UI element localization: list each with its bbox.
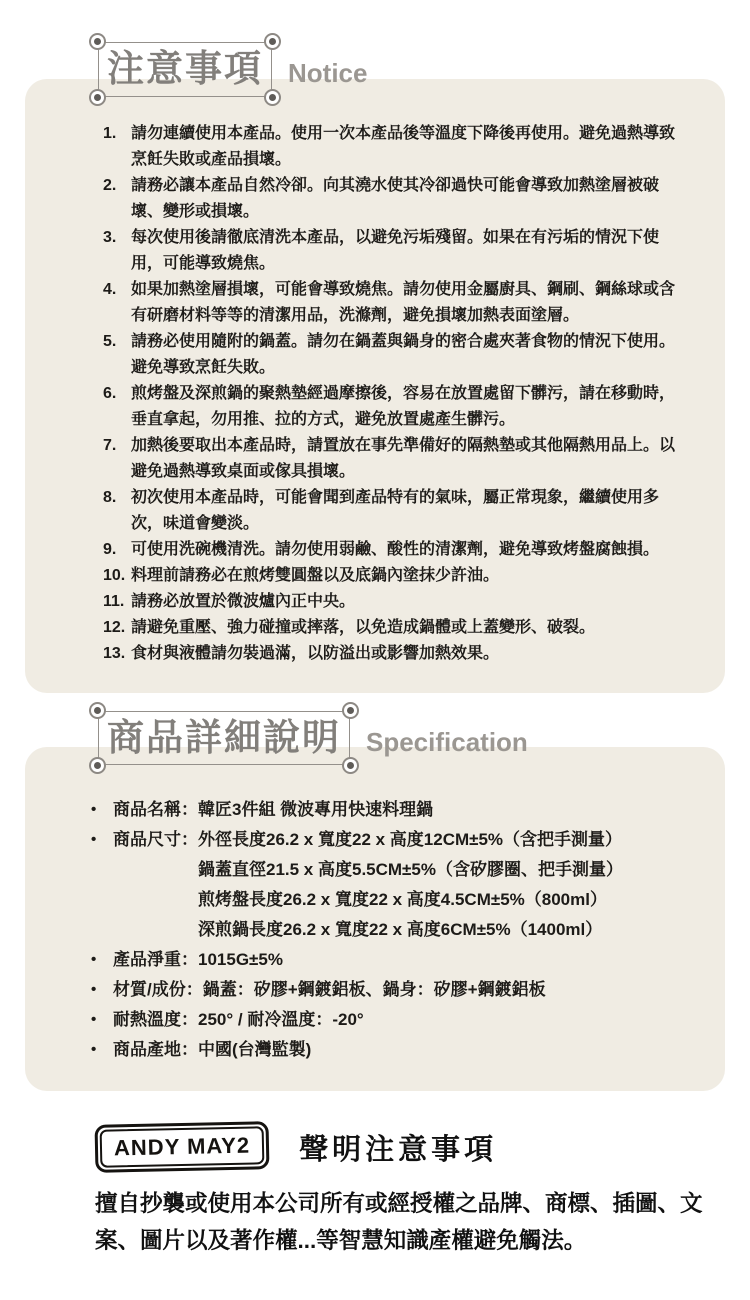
bullet-icon: •: [91, 795, 113, 825]
spec-list-item: • 產品淨重： 1015G±5%: [91, 945, 687, 975]
bullet-icon: •: [91, 825, 113, 945]
notice-item-text: 如果加熱塗層損壞，可能會導致燒焦。請勿使用金屬廚具、鋼刷、鋼絲球或含有研磨材料等…: [131, 277, 681, 329]
notice-item-number: 9.: [103, 537, 131, 563]
notice-item-number: 3.: [103, 225, 131, 277]
spec-item-values: 中國(台灣監製): [198, 1035, 687, 1065]
corner-pin-icon: [342, 702, 359, 719]
notice-card: 1. 請勿連續使用本產品。使用一次本產品後等溫度下降後再使用。避免過熱導致烹飪失…: [25, 79, 725, 693]
spec-item-label: 商品名稱：: [113, 795, 198, 825]
spec-list-item: • 商品產地： 中國(台灣監製): [91, 1035, 687, 1065]
spec-item-body: 耐熱溫度： 250° / 耐冷溫度：-20°: [113, 1005, 687, 1035]
corner-pin-icon: [264, 33, 281, 50]
notice-list-item: 10. 料理前請務必在煎烤雙圓盤以及底鍋內塗抹少許油。: [103, 563, 681, 589]
notice-item-text: 初次使用本產品時，可能會聞到產品特有的氣味，屬正常現象，繼續使用多次，味道會變淡…: [131, 485, 681, 537]
notice-list-item: 8. 初次使用本產品時，可能會聞到產品特有的氣味，屬正常現象，繼續使用多次，味道…: [103, 485, 681, 537]
spec-item-value-line: 煎烤盤長度26.2 x 寬度22 x 高度4.5CM±5%（800ml）: [198, 885, 687, 915]
brand-statement-row: ANDY MAY2 聲明注意事項: [95, 1123, 750, 1171]
statement-title: 聲明注意事項: [299, 1127, 497, 1168]
spec-item-value-line: 外徑長度26.2 x 寬度22 x 高度12CM±5%（含把手測量）: [198, 825, 687, 855]
notice-list-item: 9. 可使用洗碗機清洗。請勿使用弱鹼、酸性的清潔劑，避免導致烤盤腐蝕損。: [103, 537, 681, 563]
notice-item-number: 2.: [103, 173, 131, 225]
notice-item-number: 12.: [103, 615, 131, 641]
notice-item-number: 1.: [103, 121, 131, 173]
spec-item-value-line: 中國(台灣監製): [198, 1035, 687, 1065]
spec-item-value-line: 鍋蓋直徑21.5 x 高度5.5CM±5%（含矽膠圈、把手測量）: [198, 855, 687, 885]
notice-list-item: 5. 請務必使用隨附的鍋蓋。請勿在鍋蓋與鍋身的密合處夾著食物的情況下使用。避免導…: [103, 329, 681, 381]
corner-pin-icon: [89, 89, 106, 106]
spec-list: • 商品名稱： 韓匠3件組 微波專用快速料理鍋 • 商品尺寸：: [91, 795, 687, 1065]
spec-section-header: 商品詳細說明 Specification: [98, 711, 750, 766]
spec-list-item: • 耐熱溫度： 250° / 耐冷溫度：-20°: [91, 1005, 687, 1035]
notice-item-number: 11.: [103, 589, 131, 615]
spec-item-label: 商品尺寸：: [113, 825, 198, 855]
brand-logo: ANDY MAY2: [95, 1122, 270, 1174]
bullet-icon: •: [91, 1035, 113, 1065]
notice-item-text: 請勿連續使用本產品。使用一次本產品後等溫度下降後再使用。避免過熱導致烹飪失敗或產…: [131, 121, 681, 173]
notice-item-text: 請務必使用隨附的鍋蓋。請勿在鍋蓋與鍋身的密合處夾著食物的情況下使用。避免導致烹飪…: [131, 329, 681, 381]
notice-list-item: 11. 請務必放置於微波爐內正中央。: [103, 589, 681, 615]
notice-list: 1. 請勿連續使用本產品。使用一次本產品後等溫度下降後再使用。避免過熱導致烹飪失…: [103, 121, 681, 667]
spec-item-value-line: 鍋蓋：矽膠+鋼鍍鋁板、鍋身：矽膠+鋼鍍鋁板: [203, 975, 687, 1005]
notice-item-text: 料理前請務必在煎烤雙圓盤以及底鍋內塗抹少許油。: [131, 563, 681, 589]
notice-item-number: 5.: [103, 329, 131, 381]
notice-list-item: 3. 每次使用後請徹底清洗本產品，以避免污垢殘留。如果在有污垢的情況下使用，可能…: [103, 225, 681, 277]
notice-title-box: 注意事項: [98, 42, 272, 97]
spec-section-title: 商品詳細說明: [107, 718, 341, 759]
notice-section-title: 注意事項: [107, 49, 263, 90]
disclaimer-text: 擅自抄襲或使用本公司所有或經授權之品牌、商標、插圖、文案、圖片以及著作權...等…: [95, 1185, 715, 1259]
notice-list-item: 2. 請務必讓本產品自然冷卻。向其澆水使其冷卻過快可能會導致加熱塗層被破壞、變形…: [103, 173, 681, 225]
notice-list-item: 1. 請勿連續使用本產品。使用一次本產品後等溫度下降後再使用。避免過熱導致烹飪失…: [103, 121, 681, 173]
bullet-icon: •: [91, 1005, 113, 1035]
notice-item-text: 煎烤盤及深煎鍋的聚熱墊經過摩擦後，容易在放置處留下髒污，請在移動時，垂直拿起，勿…: [131, 381, 681, 433]
notice-item-text: 每次使用後請徹底清洗本產品，以避免污垢殘留。如果在有污垢的情況下使用，可能導致燒…: [131, 225, 681, 277]
brand-logo-text: ANDY MAY2: [100, 1127, 265, 1168]
corner-pin-icon: [89, 702, 106, 719]
spec-item-label: 材質/成份：: [113, 975, 203, 1005]
spec-item-body: 產品淨重： 1015G±5%: [113, 945, 687, 975]
spec-card: • 商品名稱： 韓匠3件組 微波專用快速料理鍋 • 商品尺寸：: [25, 747, 725, 1091]
notice-item-number: 13.: [103, 641, 131, 667]
bullet-icon: •: [91, 975, 113, 1005]
notice-section-subtitle: Notice: [288, 58, 367, 89]
spec-item-label: 商品產地：: [113, 1035, 198, 1065]
notice-item-text: 食材與液體請勿裝過滿，以防溢出或影響加熱效果。: [131, 641, 681, 667]
spec-item-value-line: 深煎鍋長度26.2 x 寬度22 x 高度6CM±5%（1400ml）: [198, 915, 687, 945]
bullet-icon: •: [91, 945, 113, 975]
notice-list-item: 7. 加熱後要取出本產品時，請置放在事先準備好的隔熱墊或其他隔熱用品上。以避免過…: [103, 433, 681, 485]
spec-item-body: 材質/成份： 鍋蓋：矽膠+鋼鍍鋁板、鍋身：矽膠+鋼鍍鋁板: [113, 975, 687, 1005]
spec-item-values: 韓匠3件組 微波專用快速料理鍋: [198, 795, 687, 825]
notice-item-text: 可使用洗碗機清洗。請勿使用弱鹼、酸性的清潔劑，避免導致烤盤腐蝕損。: [131, 537, 681, 563]
notice-section-header: 注意事項 Notice: [98, 42, 750, 97]
spec-item-body: 商品名稱： 韓匠3件組 微波專用快速料理鍋: [113, 795, 687, 825]
notice-item-text: 請避免重壓、強力碰撞或摔落，以免造成鍋體或上蓋變形、破裂。: [131, 615, 681, 641]
notice-item-number: 7.: [103, 433, 131, 485]
spec-list-item: • 商品名稱： 韓匠3件組 微波專用快速料理鍋: [91, 795, 687, 825]
spec-item-body: 商品產地： 中國(台灣監製): [113, 1035, 687, 1065]
spec-item-label: 產品淨重：: [113, 945, 198, 975]
notice-item-text: 加熱後要取出本產品時，請置放在事先準備好的隔熱墊或其他隔熱用品上。以避免過熱導致…: [131, 433, 681, 485]
spec-item-body: 商品尺寸： 外徑長度26.2 x 寬度22 x 高度12CM±5%（含把手測量）…: [113, 825, 687, 945]
corner-pin-icon: [264, 89, 281, 106]
notice-item-text: 請務必放置於微波爐內正中央。: [131, 589, 681, 615]
spec-item-label: 耐熱溫度：: [113, 1005, 198, 1035]
notice-list-item: 13. 食材與液體請勿裝過滿，以防溢出或影響加熱效果。: [103, 641, 681, 667]
notice-list-item: 4. 如果加熱塗層損壞，可能會導致燒焦。請勿使用金屬廚具、鋼刷、鋼絲球或含有研磨…: [103, 277, 681, 329]
notice-item-number: 4.: [103, 277, 131, 329]
notice-list-item: 6. 煎烤盤及深煎鍋的聚熱墊經過摩擦後，容易在放置處留下髒污，請在移動時，垂直拿…: [103, 381, 681, 433]
spec-item-values: 鍋蓋：矽膠+鋼鍍鋁板、鍋身：矽膠+鋼鍍鋁板: [203, 975, 687, 1005]
spec-section-subtitle: Specification: [366, 727, 528, 758]
corner-pin-icon: [89, 33, 106, 50]
spec-item-values: 外徑長度26.2 x 寬度22 x 高度12CM±5%（含把手測量） 鍋蓋直徑2…: [198, 825, 687, 945]
spec-item-value-line: 1015G±5%: [198, 945, 687, 975]
spec-list-item: • 材質/成份： 鍋蓋：矽膠+鋼鍍鋁板、鍋身：矽膠+鋼鍍鋁板: [91, 975, 687, 1005]
notice-item-number: 10.: [103, 563, 131, 589]
spec-item-values: 1015G±5%: [198, 945, 687, 975]
notice-list-item: 12. 請避免重壓、強力碰撞或摔落，以免造成鍋體或上蓋變形、破裂。: [103, 615, 681, 641]
spec-item-value-line: 250° / 耐冷溫度：-20°: [198, 1005, 687, 1035]
spec-title-box: 商品詳細說明: [98, 711, 350, 766]
spec-item-value-line: 韓匠3件組 微波專用快速料理鍋: [198, 795, 687, 825]
notice-item-number: 8.: [103, 485, 131, 537]
spec-list-item: • 商品尺寸： 外徑長度26.2 x 寬度22 x 高度12CM±5%（含把手測…: [91, 825, 687, 945]
notice-item-text: 請務必讓本產品自然冷卻。向其澆水使其冷卻過快可能會導致加熱塗層被破壞、變形或損壞…: [131, 173, 681, 225]
spec-item-values: 250° / 耐冷溫度：-20°: [198, 1005, 687, 1035]
notice-item-number: 6.: [103, 381, 131, 433]
product-notice-page: { "colors": { "page_bg": "#ffffff", "car…: [0, 0, 750, 1300]
